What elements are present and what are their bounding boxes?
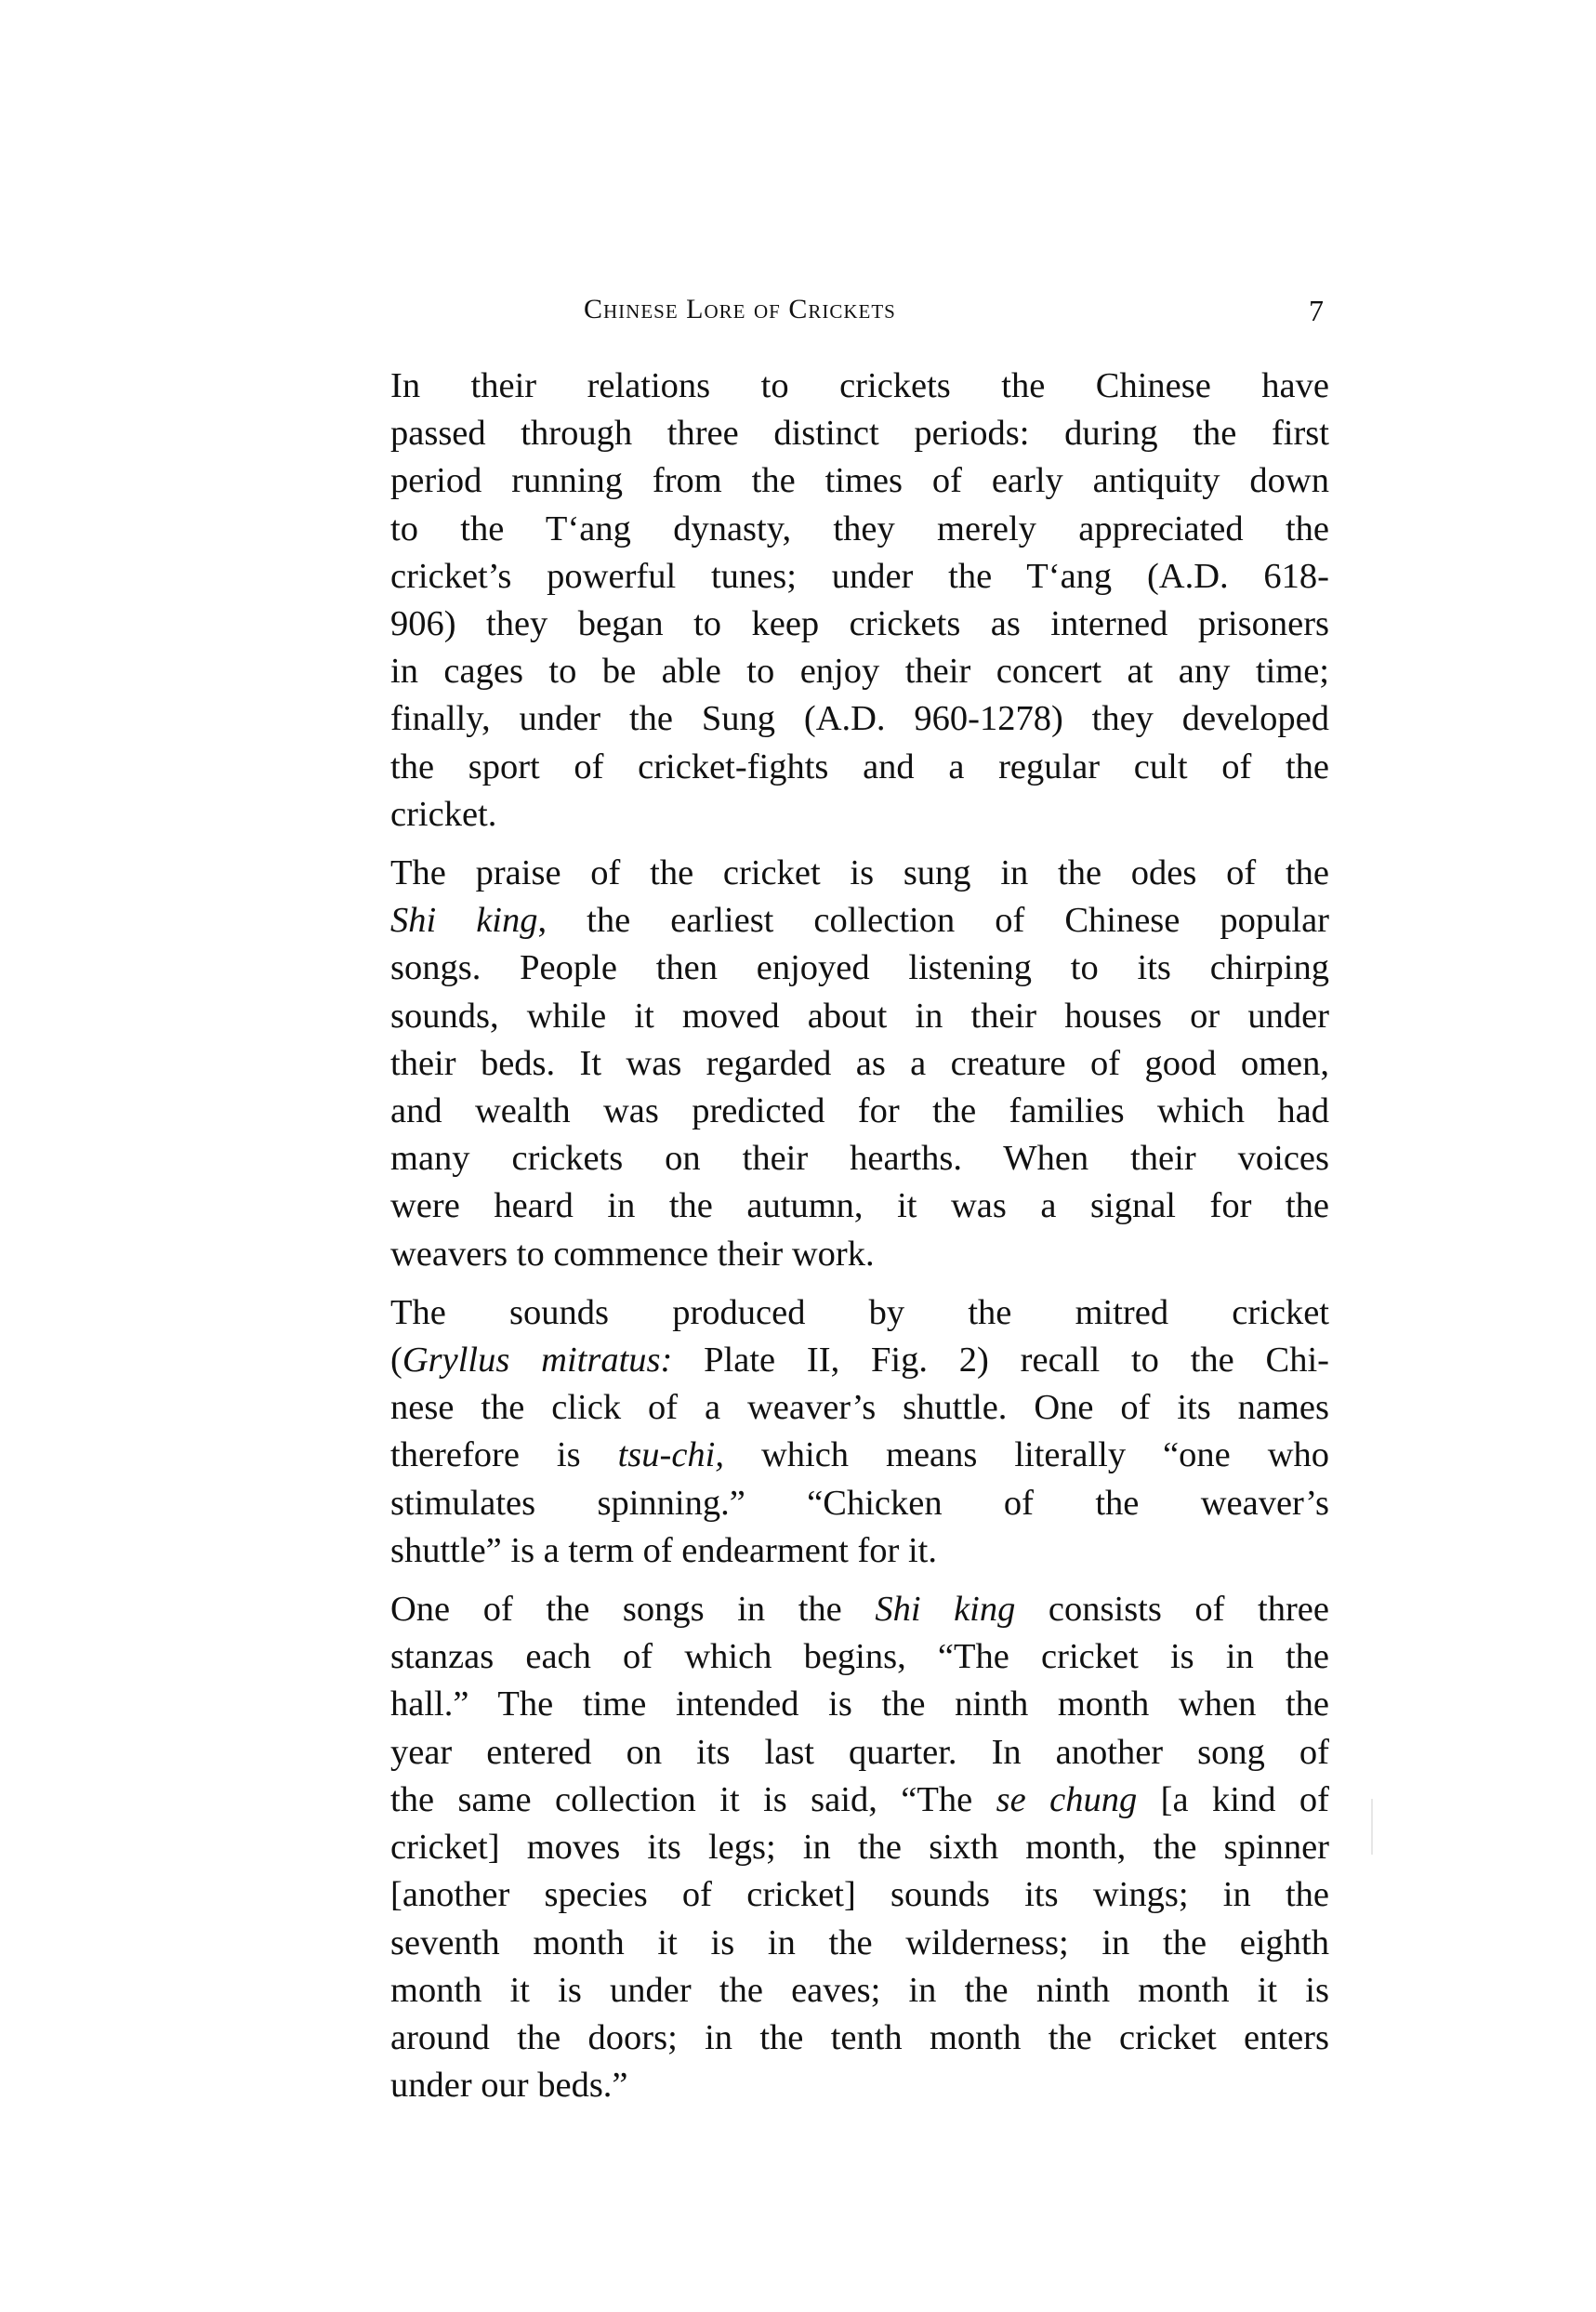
body-text: In their relations to crickets the Chine… [305,363,1329,2120]
paragraph-4: One of the songs in the Shi king consist… [305,1586,1329,2109]
text-line: [another species of cricket] sounds its … [305,1871,1329,1919]
italic-term: tsu-chi, [618,1435,724,1474]
text-line: the sport of cricket-fights and a regula… [305,744,1329,791]
text-line: nese the click of a weaver’s shuttle. On… [305,1384,1329,1432]
text-line: songs. People then enjoyed listening to … [305,945,1329,992]
text-line: finally, under the Sung (A.D. 960-1278) … [305,695,1329,743]
running-head: Chinese Lore of Crickets 7 [305,294,1329,331]
text-line: cricket] moves its legs; in the sixth mo… [305,1824,1329,1871]
era-abbreviation: A.D. [1159,557,1229,596]
text-run: therefore is [390,1435,618,1474]
paragraph-3: The sounds produced by the mitred cricke… [305,1289,1329,1575]
text-line: weavers to commence their work. [305,1231,1329,1278]
text-run: Plate II, Fig. 2) recall to the Chi- [672,1341,1329,1380]
text-line: shuttle” is a term of endearment for it. [305,1527,1329,1575]
text-run: [a kind of [1137,1780,1329,1819]
text-run: which means literally “one who [724,1435,1329,1474]
text-line: 906) they began to keep crickets as inte… [305,601,1329,648]
text-line: One of the songs in the Shi king consist… [305,1586,1329,1633]
text-line: in cages to be able to enjoy their conce… [305,648,1329,695]
text-line: hall.” The time intended is the ninth mo… [305,1681,1329,1728]
text-line: seventh month it is in the wilderness; i… [305,1920,1329,1967]
text-line: sounds, while it moved about in their ho… [305,993,1329,1040]
text-line: (Gryllus mitratus: Plate II, Fig. 2) rec… [305,1337,1329,1384]
text-run: consists of three [1015,1590,1329,1629]
text-line: period running from the times of early a… [305,457,1329,505]
text-line: and wealth was predicted for the familie… [305,1088,1329,1135]
text-line: passed through three distinct periods: d… [305,410,1329,457]
text-run: One of the songs in the [390,1590,875,1629]
text-run: 960-1278) they developed [886,699,1329,738]
text-line: cricket. [305,791,1329,839]
text-run: 618- [1229,557,1329,596]
text-run: finally, under the Sung ( [390,699,816,738]
running-title: Chinese Lore of Crickets [584,294,896,325]
text-line: year entered on its last quarter. In ano… [305,1729,1329,1777]
page-number: 7 [1309,294,1324,328]
text-line: their beds. It was regarded as a creatur… [305,1040,1329,1088]
text-line: The praise of the cricket is sung in the… [305,850,1329,897]
text-line: around the doors; in the tenth month the… [305,2015,1329,2062]
text-line: The sounds produced by the mitred cricke… [305,1289,1329,1337]
text-run: ( [390,1341,402,1380]
scan-artifact [1371,1799,1373,1855]
italic-title: Shi king [875,1590,1015,1629]
text-line: to the T‘ang dynasty, they merely apprec… [305,506,1329,553]
text-line: many crickets on their hearths. When the… [305,1135,1329,1182]
text-run: , the earliest collection of Chinese pop… [538,901,1329,940]
text-line: stimulates spinning.” “Chicken of the we… [305,1480,1329,1527]
text-run: the same collection it is said, “The [390,1780,996,1819]
era-abbreviation: A.D. [816,699,886,738]
text-line: month it is under the eaves; in the nint… [305,1967,1329,2015]
paragraph-1: In their relations to crickets the Chine… [305,363,1329,839]
italic-title: Shi king [390,901,538,940]
text-line: stanzas each of which begins, “The crick… [305,1633,1329,1681]
text-line: Shi king, the earliest collection of Chi… [305,897,1329,945]
text-line: therefore is tsu-chi, which means litera… [305,1432,1329,1479]
text-line: In their relations to crickets the Chine… [305,363,1329,410]
text-run: cricket’s powerful tunes; under the T‘an… [390,557,1159,596]
italic-species-name: Gryllus mitratus: [402,1341,673,1380]
text-line: the same collection it is said, “The se … [305,1777,1329,1824]
text-line: cricket’s powerful tunes; under the T‘an… [305,553,1329,601]
paragraph-2: The praise of the cricket is sung in the… [305,850,1329,1278]
text-line: under our beds.” [305,2062,1329,2109]
italic-term: se chung [996,1780,1138,1819]
text-line: were heard in the autumn, it was a signa… [305,1182,1329,1230]
